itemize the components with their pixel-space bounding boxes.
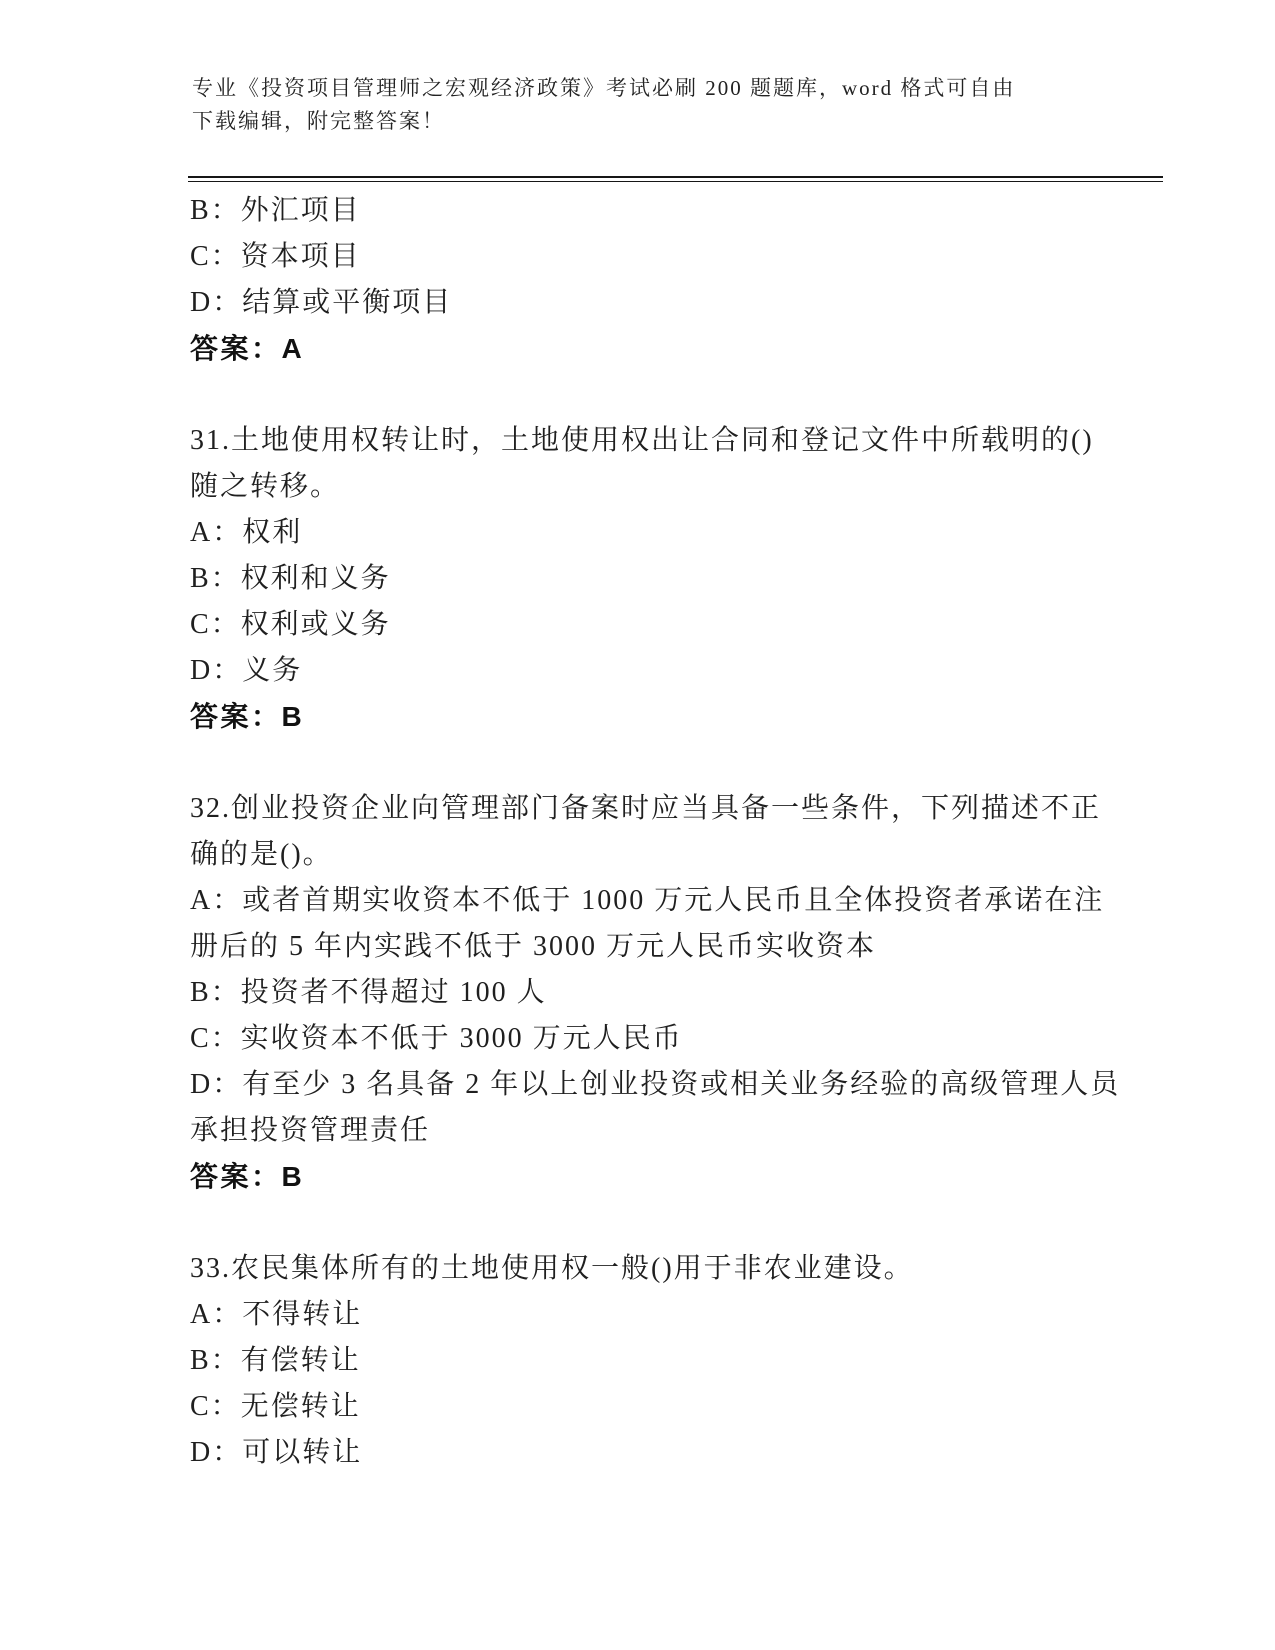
page-header: 专业《投资项目管理师之宏观经济政策》考试必刷 200 题题库，word 格式可自…	[192, 72, 1122, 138]
option-line: D：结算或平衡项目	[190, 280, 1130, 326]
option-line: D：可以转让	[190, 1430, 1130, 1476]
question-block-31: 31.土地使用权转让时，土地使用权出让合同和登记文件中所载明的() 随之转移。 …	[190, 418, 1130, 740]
answer-line: 答案：B	[190, 694, 1130, 740]
option-line: D：有至少 3 名具备 2 年以上创业投资或相关业务经验的高级管理人员	[190, 1062, 1130, 1108]
option-line: A：权利	[190, 510, 1130, 556]
question-text-line: 确的是()。	[190, 832, 1130, 878]
header-double-rule	[188, 176, 1163, 182]
option-line: 册后的 5 年内实践不低于 3000 万元人民币实收资本	[190, 924, 1130, 970]
option-line: A：不得转让	[190, 1292, 1130, 1338]
option-line: C：实收资本不低于 3000 万元人民币	[190, 1016, 1130, 1062]
option-line: A：或者首期实收资本不低于 1000 万元人民币且全体投资者承诺在注	[190, 878, 1130, 924]
header-line: 下载编辑，附完整答案！	[192, 105, 1122, 138]
document-page: 专业《投资项目管理师之宏观经济政策》考试必刷 200 题题库，word 格式可自…	[0, 0, 1275, 1650]
question-text-line: 31.土地使用权转让时，土地使用权出让合同和登记文件中所载明的()	[190, 418, 1130, 464]
question-text-line: 32.创业投资企业向管理部门备案时应当具备一些条件，下列描述不正	[190, 786, 1130, 832]
option-line: B：有偿转让	[190, 1338, 1130, 1384]
question-block-33: 33.农民集体所有的土地使用权一般()用于非农业建设。 A：不得转让 B：有偿转…	[190, 1246, 1130, 1476]
option-line: B：权利和义务	[190, 556, 1130, 602]
option-line: C：资本项目	[190, 234, 1130, 280]
question-block-30-tail: B：外汇项目 C：资本项目 D：结算或平衡项目 答案：A	[190, 188, 1130, 372]
question-block-32: 32.创业投资企业向管理部门备案时应当具备一些条件，下列描述不正 确的是()。 …	[190, 786, 1130, 1200]
answer-line: 答案：B	[190, 1154, 1130, 1200]
option-line: C：无偿转让	[190, 1384, 1130, 1430]
answer-line: 答案：A	[190, 326, 1130, 372]
option-line: C：权利或义务	[190, 602, 1130, 648]
option-line: B：外汇项目	[190, 188, 1130, 234]
header-line: 专业《投资项目管理师之宏观经济政策》考试必刷 200 题题库，word 格式可自…	[192, 72, 1122, 105]
document-body: B：外汇项目 C：资本项目 D：结算或平衡项目 答案：A 31.土地使用权转让时…	[190, 188, 1130, 1476]
option-line: B：投资者不得超过 100 人	[190, 970, 1130, 1016]
option-line: D：义务	[190, 648, 1130, 694]
option-line: 承担投资管理责任	[190, 1108, 1130, 1154]
question-text-line: 33.农民集体所有的土地使用权一般()用于非农业建设。	[190, 1246, 1130, 1292]
question-text-line: 随之转移。	[190, 464, 1130, 510]
